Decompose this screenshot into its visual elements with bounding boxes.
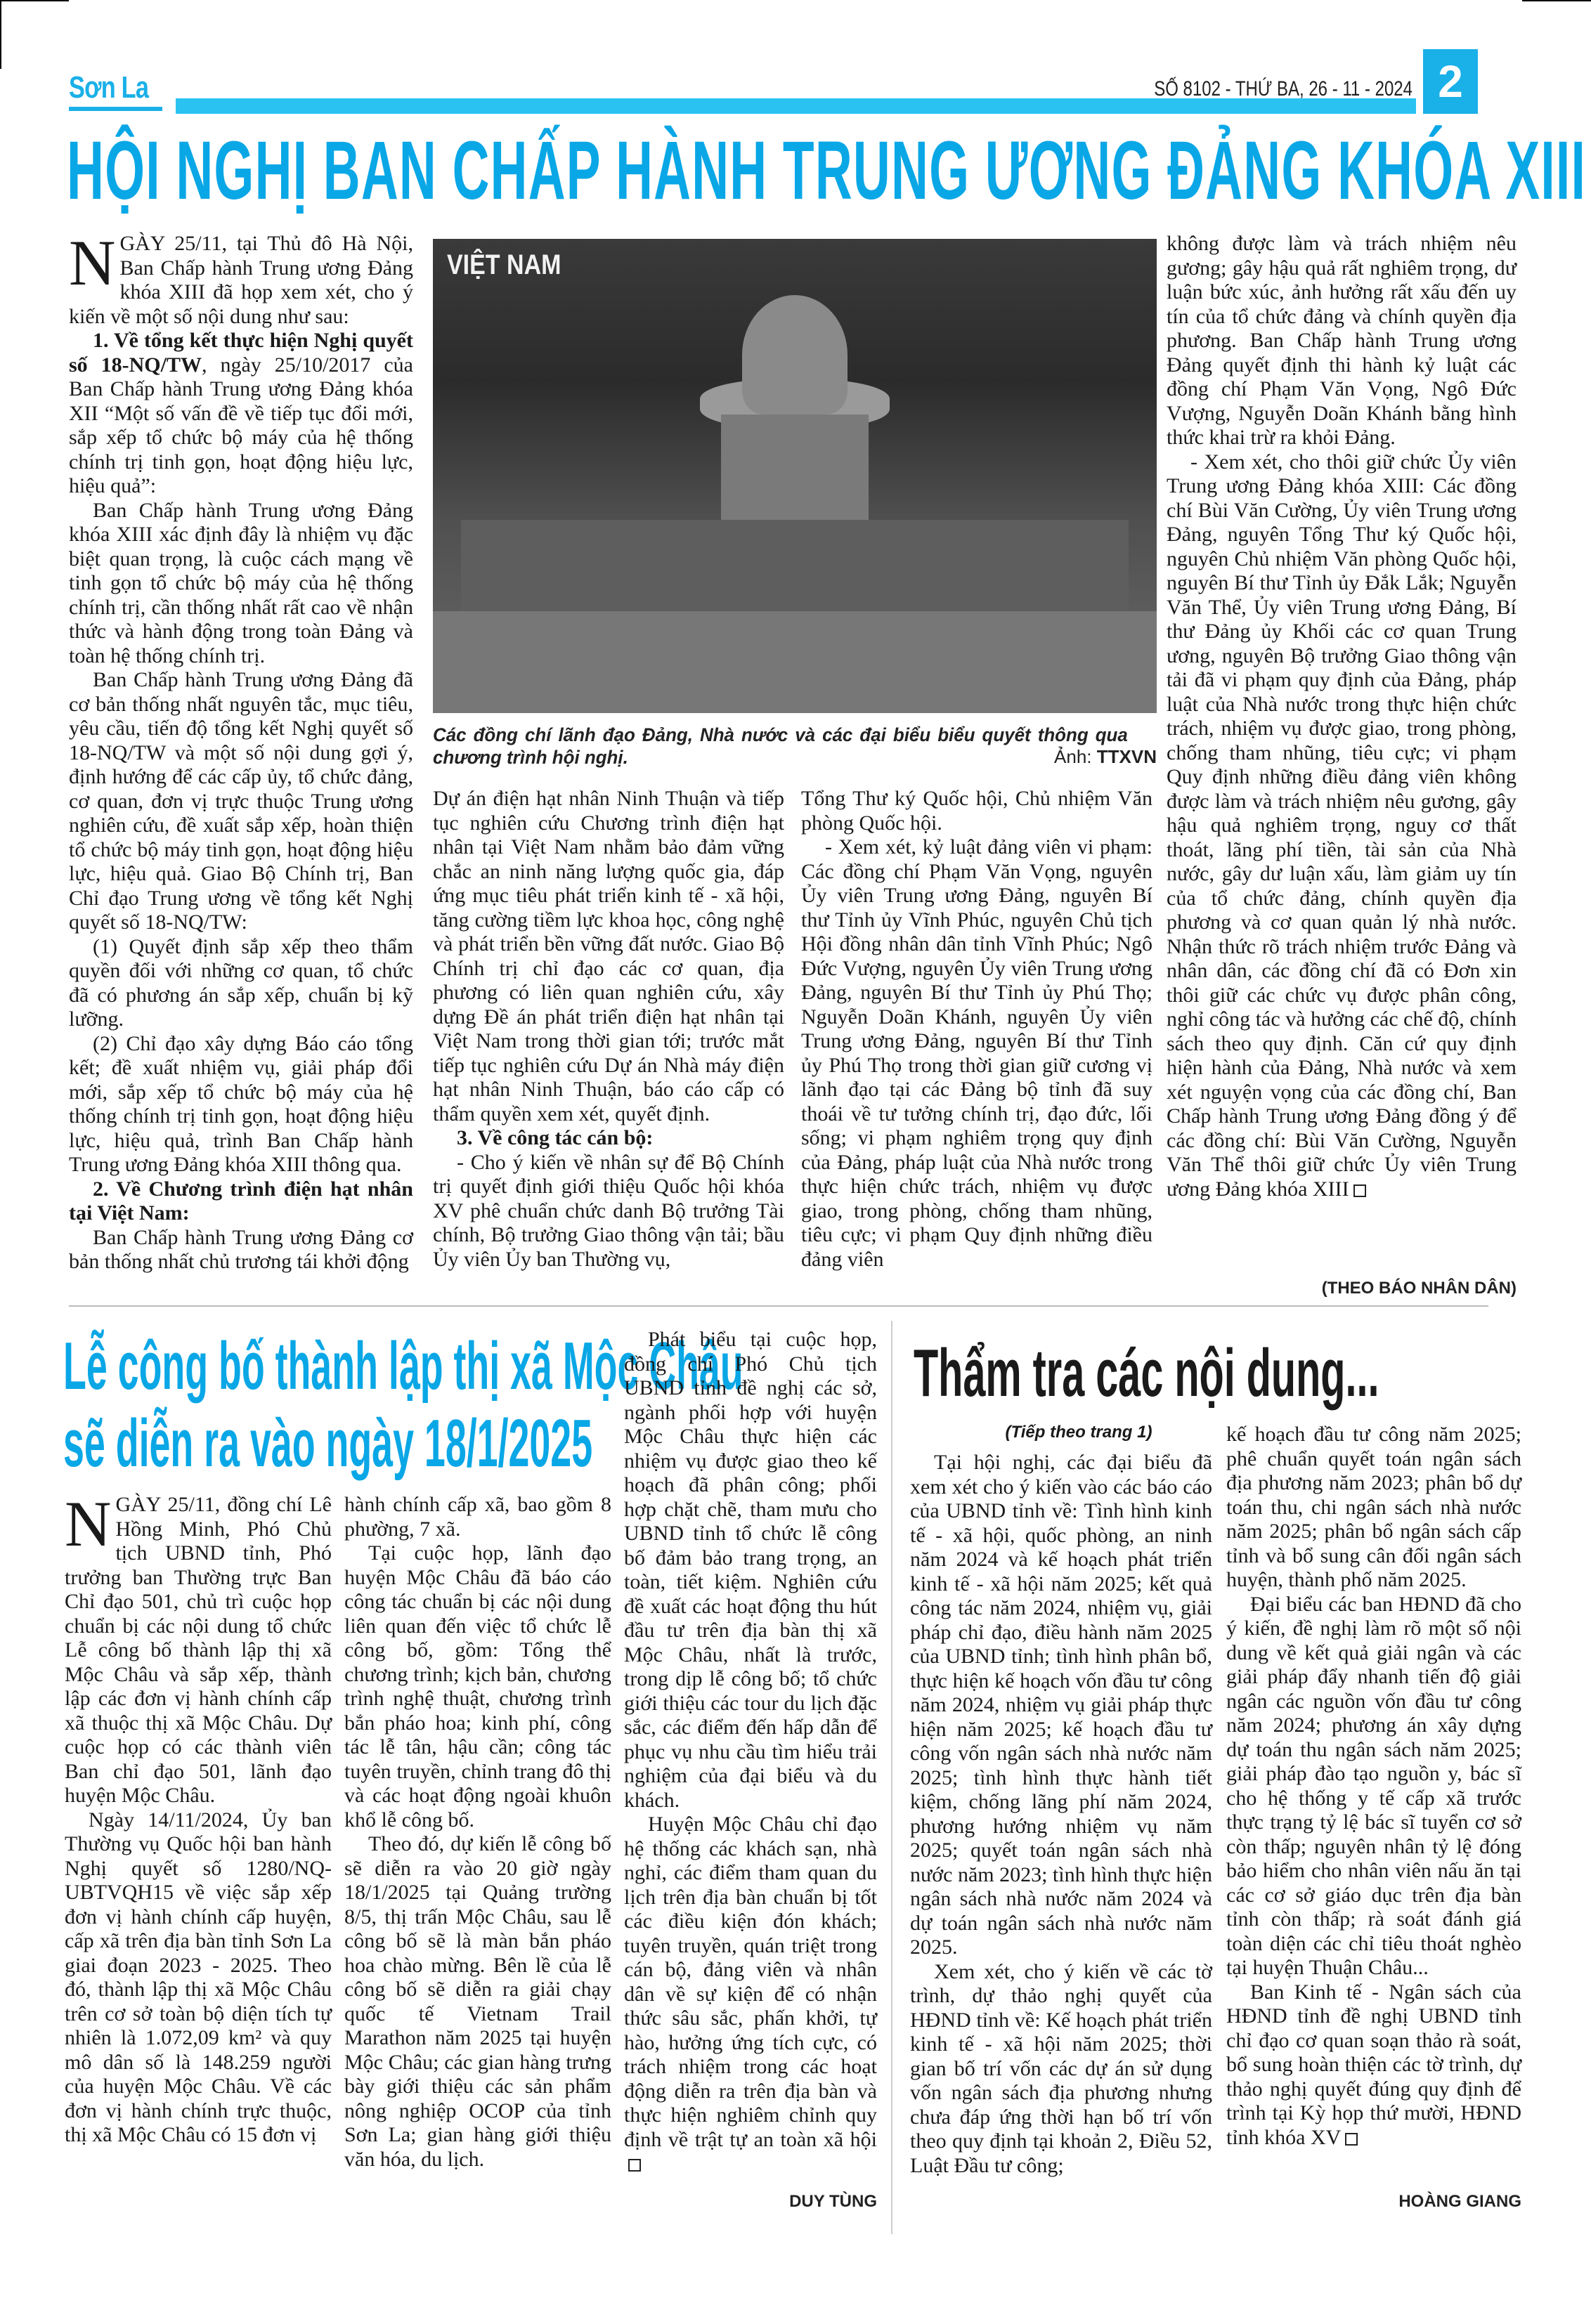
issue-date: SỐ 8102 - THỨ BA, 26 - 11 - 2024 — [1154, 77, 1413, 101]
end-mark-icon — [628, 2159, 641, 2172]
page-number: 2 — [1423, 49, 1478, 114]
section-underline — [69, 107, 162, 111]
article3-byline: HOÀNG GIANG — [1226, 2192, 1521, 2212]
end-mark-icon — [1345, 2133, 1358, 2146]
paragraph: kế hoạch đầu tư công năm 2025; phê chuẩn… — [1226, 1423, 1521, 1593]
paragraph: (2) Chỉ đạo xây dựng Báo cáo tổng kết; đ… — [69, 1032, 413, 1177]
paragraph: Tại hội nghị, các đại biểu đã xem xét ch… — [910, 1451, 1212, 1960]
lead-paragraph: NGÀY 25/11, tại Thủ đô Hà Nội, Ban Chấp … — [69, 232, 413, 329]
article2-headline: Lễ công bố thành lập thị xã Mộc Châu sẽ … — [63, 1328, 516, 1482]
paragraph: Ngày 14/11/2024, Ủy ban Thường vụ Quốc h… — [65, 1808, 332, 2148]
crop-mark — [1522, 0, 1591, 1]
crop-mark — [0, 0, 69, 1]
paragraph: Xem xét, cho ý kiến về các tờ trình, dự … — [910, 1960, 1212, 2179]
paragraph: 1. Về tổng kết thực hiện Nghị quyết số 1… — [69, 329, 413, 499]
subheading: 2. Về Chương trình điện hạt nhân tại Việ… — [69, 1177, 413, 1226]
article1-photo: VIỆT NAM — [433, 239, 1157, 713]
paragraph: Dự án điện hạt nhân Ninh Thuận và tiếp t… — [433, 787, 784, 1126]
paragraph: Ban Chấp hành Trung ương Đảng khóa XIII … — [69, 499, 413, 669]
paragraph: - Xem xét, kỷ luật đảng viên vi phạm: Cá… — [801, 835, 1152, 1272]
paragraph: không được làm và trách nhiệm nêu gương;… — [1167, 232, 1517, 450]
crop-mark — [0, 0, 1, 69]
paragraph: Ban Chấp hành Trung ương Đảng cơ bản thố… — [69, 1226, 413, 1274]
photo-bust — [742, 295, 848, 414]
photo-backdrop-text: VIỆT NAM — [447, 249, 561, 281]
paragraph: Phát biểu tại cuộc họp, đồng chí Phó Chủ… — [624, 1328, 877, 1813]
paragraph: Tại cuộc họp, lãnh đạo huyện Mộc Châu đã… — [344, 1541, 611, 1832]
section-name: Sơn La — [69, 70, 148, 105]
article2-column-3: Phát biểu tại cuộc họp, đồng chí Phó Chủ… — [624, 1328, 877, 2176]
article1-column-4: không được làm và trách nhiệm nêu gương;… — [1167, 232, 1517, 1201]
paragraph: - Cho ý kiến về nhân sự để Bộ Chính trị … — [433, 1151, 784, 1272]
article2-byline: DUY TÙNG — [624, 2192, 877, 2212]
paragraph: hành chính cấp xã, bao gồm 8 phường, 7 x… — [344, 1493, 611, 1541]
lead-paragraph: NGÀY 25/11, đồng chí Lê Hồng Minh, Phó C… — [65, 1493, 332, 1808]
paragraph: Tổng Thư ký Quốc hội, Chủ nhiệm Văn phòn… — [801, 787, 1152, 835]
article3-headline: Thẩm tra các nội dung... — [914, 1335, 1379, 1412]
drop-cap: N — [69, 236, 115, 289]
article3-column-1: Tại hội nghị, các đại biểu đã xem xét ch… — [910, 1451, 1212, 2178]
continued-note: (Tiếp theo trang 1) — [907, 1423, 1251, 1442]
paragraph: Đại biểu các ban HĐND đã cho ý kiến, đề … — [1226, 1593, 1521, 1980]
paragraph: - Xem xét, cho thôi giữ chức Ủy viên Tru… — [1167, 450, 1517, 1202]
photo-podium — [461, 520, 1129, 611]
article1-headline: HỘI NGHỊ BAN CHẤP HÀNH TRUNG ƯƠNG ĐẢNG K… — [67, 125, 947, 216]
article1-column-1: NGÀY 25/11, tại Thủ đô Hà Nội, Ban Chấp … — [69, 232, 413, 1274]
article2-column-1: NGÀY 25/11, đồng chí Lê Hồng Minh, Phó C… — [65, 1493, 332, 2148]
end-mark-icon — [1353, 1184, 1366, 1197]
photo-floor — [433, 611, 1157, 713]
column-divider — [891, 1321, 892, 2234]
photo-credit: Ảnh: TTXVN — [970, 746, 1157, 768]
article2-column-2: hành chính cấp xã, bao gồm 8 phường, 7 x… — [344, 1493, 611, 2172]
paragraph: Ban Chấp hành Trung ương Đảng đã cơ bản … — [69, 668, 413, 935]
paragraph: Huyện Mộc Châu chỉ đạo hệ thống các khác… — [624, 1813, 877, 2176]
subheading: 3. Về công tác cán bộ: — [433, 1126, 784, 1151]
paragraph: Ban Kinh tế - Ngân sách của HĐND tỉnh đề… — [1226, 1980, 1521, 2150]
paragraph: (1) Quyết định sắp xếp theo thẩm quyền đ… — [69, 935, 413, 1032]
article3-column-2: kế hoạch đầu tư công năm 2025; phê chuẩn… — [1226, 1423, 1521, 2150]
drop-cap: N — [65, 1497, 111, 1551]
article1-byline: (THEO BÁO NHÂN DÂN) — [1195, 1279, 1517, 1298]
article1-column-2: Dự án điện hạt nhân Ninh Thuận và tiếp t… — [433, 787, 784, 1272]
section-divider — [69, 1305, 1488, 1307]
article1-column-3: Tổng Thư ký Quốc hội, Chủ nhiệm Văn phòn… — [801, 787, 1152, 1272]
paragraph: Theo đó, dự kiến lễ công bố sẽ diễn ra v… — [344, 1832, 611, 2172]
